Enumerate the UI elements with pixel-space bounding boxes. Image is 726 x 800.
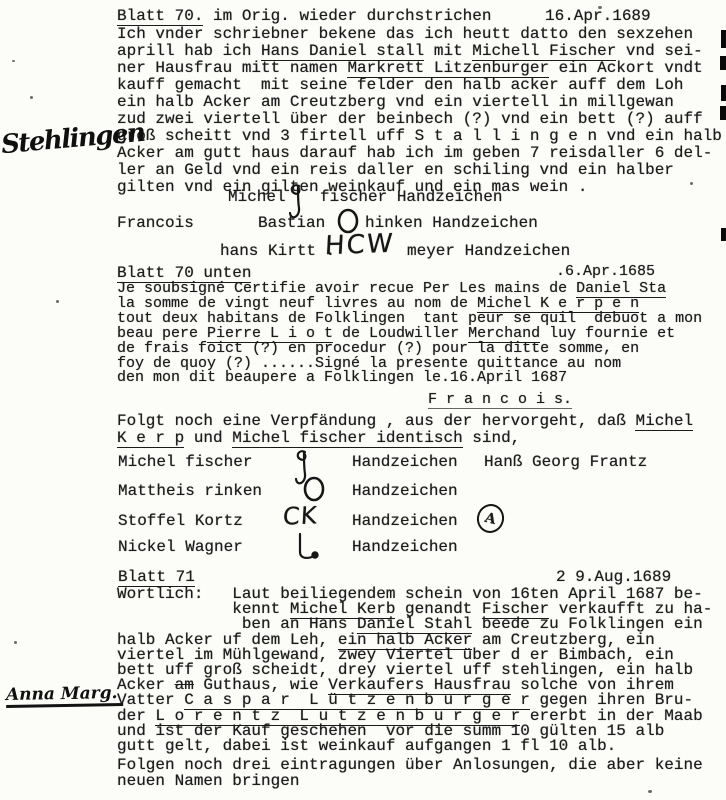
signature-michel-label: Michel	[228, 188, 286, 206]
text-line: ein halb Acker am Creutzberg vnd ein vie…	[117, 94, 726, 111]
signature-stoffel-kortz: Stoffel Kortz	[118, 512, 243, 530]
wagner-handmark-icon	[292, 531, 324, 561]
scan-speck	[12, 60, 15, 62]
text-line: groß scheitt vnd 3 firtell uff S t a l l…	[117, 128, 726, 145]
text-line: aprill hab ich Hans Daniel stall mit Mic…	[117, 43, 726, 60]
text-line: Ich vnder schriebner bekene das ich heut…	[117, 26, 726, 43]
text-line: Folgt noch eine Verpfändung , aus der he…	[117, 413, 726, 430]
signature-hans-kirtt-label: hans Kirtt .	[220, 242, 335, 260]
text-line: zud zwei viertell über der beinbech (?) …	[117, 111, 726, 128]
scan-speck	[30, 96, 33, 99]
scan-artifact	[721, 228, 726, 241]
scan-artifact	[721, 85, 726, 101]
text-line: den mon dit beaupere a Folklingen le.16.…	[117, 371, 726, 386]
signature-nickel-wagner: Nickel Wagner	[118, 538, 243, 556]
circled-a-annotation: A	[474, 501, 507, 536]
date-blatt71: 2 9.Aug.1689	[556, 568, 671, 586]
text-line: K e r p und Michel fischer identisch sin…	[117, 430, 726, 447]
text-line: ler an Geld vnd ein reis daller en schil…	[117, 162, 726, 179]
paragraph-closing-note: Folgen noch drei eintragungen über Anlos…	[117, 758, 726, 790]
scanned-document-page: { "colors": { "paper": "#fcfcf9", "ink":…	[0, 0, 726, 800]
date-blatt70: 16.Apr.1689	[545, 7, 651, 25]
signature-mattheis-rinken: Mattheis rinken	[118, 482, 262, 500]
signature-fischer-handzeichen: fischer Handzeichen	[320, 188, 502, 206]
text-line: gutt gelt, dabei ist weinkauf aufgangen …	[117, 739, 726, 754]
blatt-71-heading: Blatt 71	[118, 568, 195, 586]
paragraph-blatt71: Wortlich: Laut beiliegendem schein von 1…	[117, 587, 726, 754]
scan-speck	[690, 182, 693, 185]
kortz-handmark-ck: CK	[282, 501, 318, 530]
scan-artifact	[721, 30, 726, 48]
handzeichen-label: Handzeichen	[352, 453, 458, 471]
text-line: ner Hausfrau mitt namen Markrett Litzenb…	[117, 60, 726, 77]
date-blatt70-unten: .6.Apr.1685	[556, 263, 655, 280]
scan-speck	[598, 6, 602, 9]
margin-note-anna-marg: Anna Marg.	[6, 683, 124, 708]
scan-artifact	[720, 56, 726, 70]
signature-francois-spaced: F r a n c o i s.	[428, 391, 572, 409]
handzeichen-label: Handzeichen	[352, 538, 458, 556]
signature-michel-fischer: Michel fischer	[118, 453, 252, 471]
signature-bastian-label: Bastian	[258, 214, 325, 232]
signature-francois: Francois	[117, 214, 194, 232]
text-line: neuen Namen bringen	[117, 774, 726, 790]
handzeichen-label: Handzeichen	[352, 512, 458, 530]
text-line: Acker am gutt haus darauf hab ich im geb…	[117, 145, 726, 162]
signature-hans-georg-frantz: Hanß Georg Frantz	[484, 453, 647, 471]
scan-artifact	[720, 106, 726, 120]
text-line: kauff gemacht mit seine felder den halb …	[117, 77, 726, 94]
scan-speck	[648, 790, 652, 793]
paragraph-verpfaendung: Folgt noch eine Verpfändung , aus der he…	[117, 413, 726, 446]
scan-speck	[56, 300, 59, 303]
scan-speck	[14, 641, 17, 644]
paragraph-french-quittance: Je soubsigné Certifie avoir recue Per Le…	[117, 282, 726, 386]
blatt-70-heading: Blatt 70. im Orig. wieder durchstrichen	[117, 7, 491, 25]
signature-meyer-handzeichen: meyer Handzeichen	[407, 242, 570, 260]
meyer-handmark-hcw: HCW	[324, 229, 395, 261]
handzeichen-label: Handzeichen	[352, 482, 458, 500]
paragraph-blatt70: Ich vnder schriebner bekene das ich heut…	[117, 26, 726, 196]
